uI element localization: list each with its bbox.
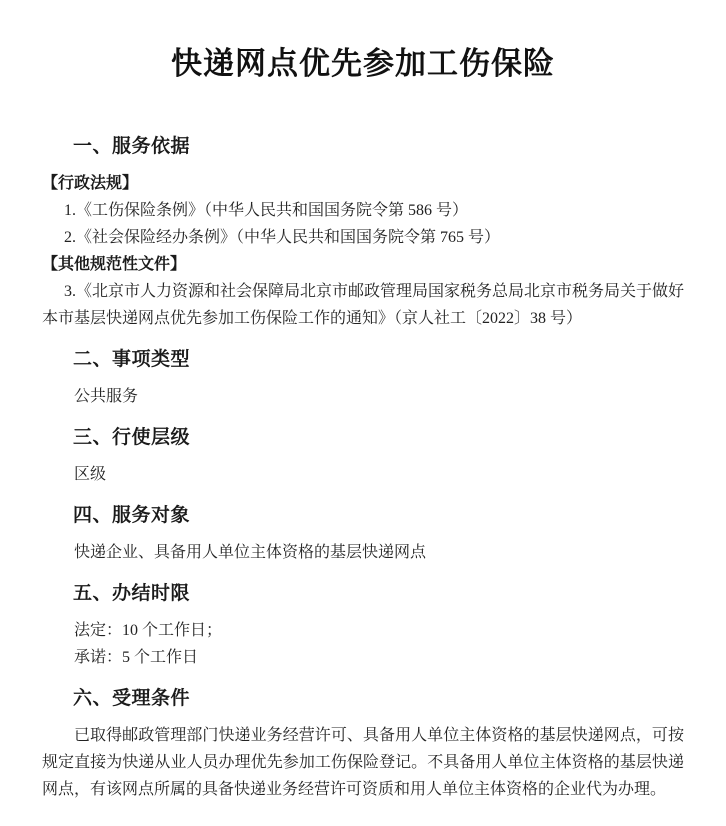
document-page: 快递网点优先参加工伤保险 一、服务依据 【行政法规】 1.《工伤保险条例》（中华… <box>0 0 726 826</box>
legal-basis-item: 1.《工伤保险条例》（中华人民共和国国务院令第 586 号） <box>42 197 684 224</box>
section-heading-service-target: 四、服务对象 <box>42 504 684 528</box>
document-title: 快递网点优先参加工伤保险 <box>42 44 684 83</box>
section-body-acceptance-conditions: 已取得邮政管理部门快递业务经营许可、具备用人单位主体资格的基层快递网点，可按规定… <box>42 722 684 803</box>
section-heading-exercise-level: 三、行使层级 <box>42 426 684 450</box>
section-item-type: 二、事项类型 公共服务 <box>42 348 684 410</box>
section-body-item-type: 公共服务 <box>42 383 684 410</box>
section-service-target: 四、服务对象 快递企业、具备用人单位主体资格的基层快递网点 <box>42 504 684 566</box>
time-limit-promised-line: 承诺：5 个工作日 <box>42 644 684 671</box>
legal-group-label-other-normative-documents: 【其他规范性文件】 <box>42 251 684 278</box>
section-service-basis: 一、服务依据 【行政法规】 1.《工伤保险条例》（中华人民共和国国务院令第 58… <box>42 135 684 332</box>
legal-basis-item: 2.《社会保险经办条例》（中华人民共和国国务院令第 765 号） <box>42 224 684 251</box>
section-heading-service-basis: 一、服务依据 <box>42 135 684 159</box>
section-heading-completion-time-limit: 五、办结时限 <box>42 582 684 606</box>
legal-group-label-administrative-regulations: 【行政法规】 <box>42 170 684 197</box>
section-heading-acceptance-conditions: 六、受理条件 <box>42 687 684 711</box>
section-body-service-target: 快递企业、具备用人单位主体资格的基层快递网点 <box>42 539 684 566</box>
section-body-exercise-level: 区级 <box>42 461 684 488</box>
legal-basis-item: 3.《北京市人力资源和社会保障局北京市邮政管理局国家税务总局北京市税务局关于做好… <box>42 278 684 332</box>
section-completion-time-limit: 五、办结时限 法定：10 个工作日； 承诺：5 个工作日 <box>42 582 684 671</box>
section-exercise-level: 三、行使层级 区级 <box>42 426 684 488</box>
section-heading-item-type: 二、事项类型 <box>42 348 684 372</box>
time-limit-statutory-line: 法定：10 个工作日； <box>42 617 684 644</box>
section-acceptance-conditions: 六、受理条件 已取得邮政管理部门快递业务经营许可、具备用人单位主体资格的基层快递… <box>42 687 684 803</box>
